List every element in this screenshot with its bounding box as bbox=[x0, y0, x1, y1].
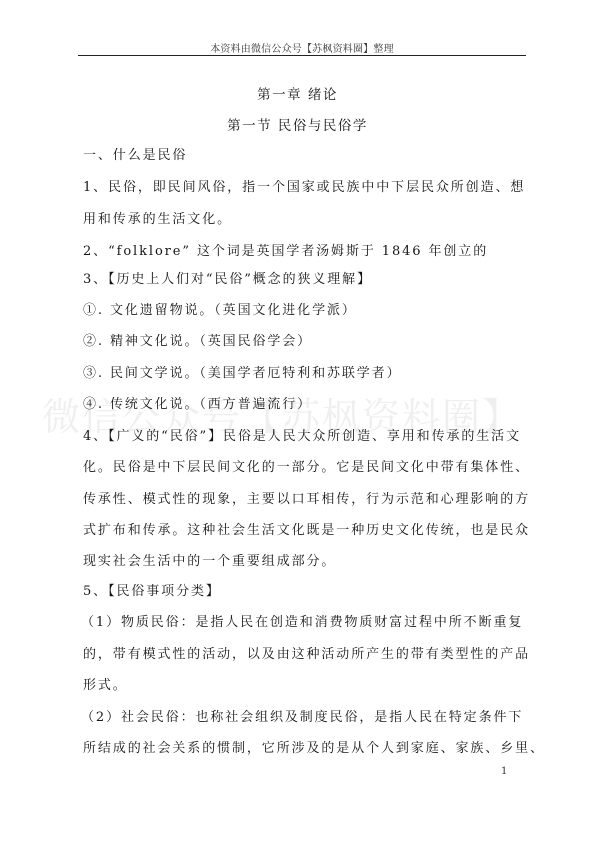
item-5-sub-2-line-2: 所结成的社会关系的惯制，它所涉及的是从个人到家庭、家族、乡里、 bbox=[83, 737, 545, 756]
item-3-point-4: ④. 传统文化说。（西方普遍流行） bbox=[83, 393, 312, 412]
item-3-point-1: ①. 文化遗留物说。（英国文化进化学派） bbox=[83, 299, 357, 318]
item-3-heading: 3、【历史上人们对“民俗”概念的狭义理解】 bbox=[83, 268, 372, 287]
item-4-line-2: 化。民俗是中下层民间文化的一部分。它是民间文化中带有集体性、 bbox=[83, 456, 530, 475]
item-5-sub-1-line-2: 的，带有模式性的活动，以及由这种活动所产生的带有类型性的产品 bbox=[83, 643, 530, 662]
section-title: 第一节 民俗与民俗学 bbox=[0, 114, 595, 134]
item-3-point-3: ③. 民间文学说。（美国学者厄特利和苏联学者） bbox=[83, 362, 401, 381]
document-page: 本资料由微信公众号【苏枫资料圈】整理 微信公众号【苏枫资料圈】 第一章 绪论 第… bbox=[0, 0, 595, 841]
item-2-line-1: 2、“folklore” 这个词是英国学者汤姆斯于 1846 年创立的 bbox=[83, 240, 488, 259]
item-4-line-5: 现实社会生活中的一个重要组成部分。 bbox=[83, 550, 336, 569]
item-3-point-2: ②. 精神文化说。（英国民俗学会） bbox=[83, 330, 312, 349]
item-1-line-1: 1、民俗，即民间风俗，指一个国家或民族中中下层民众所创造、想 bbox=[83, 176, 525, 195]
item-5-sub-1-line-1: （1）物质民俗：是指人民在创造和消费物质财富过程中所不断重复 bbox=[81, 611, 523, 630]
item-1-line-2: 用和传承的生活文化。 bbox=[83, 208, 232, 227]
item-5-heading: 5、【民俗事项分类】 bbox=[83, 580, 221, 599]
item-4-line-1: 4、【广义的“民俗”】民俗是人民大众所创造、享用和传承的生活文 bbox=[83, 425, 521, 444]
chapter-title: 第一章 绪论 bbox=[0, 83, 595, 103]
item-5-sub-2-line-1: （2）社会民俗：也称社会组织及制度民俗，是指人民在特定条件下 bbox=[81, 706, 523, 725]
item-4-line-4: 式扩布和传承。这种社会生活文化既是一种历史文化传统，也是民众 bbox=[83, 519, 530, 538]
page-content: 第一章 绪论 第一节 民俗与民俗学 一、什么是民俗 1、民俗，即民间风俗，指一个… bbox=[0, 0, 595, 841]
item-5-sub-1-line-3: 形式。 bbox=[83, 674, 128, 693]
item-4-line-3: 传承性、模式性的现象，主要以口耳相传，行为示范和心理影响的方 bbox=[83, 488, 530, 507]
heading-what-is-folklore: 一、什么是民俗 bbox=[83, 144, 187, 163]
